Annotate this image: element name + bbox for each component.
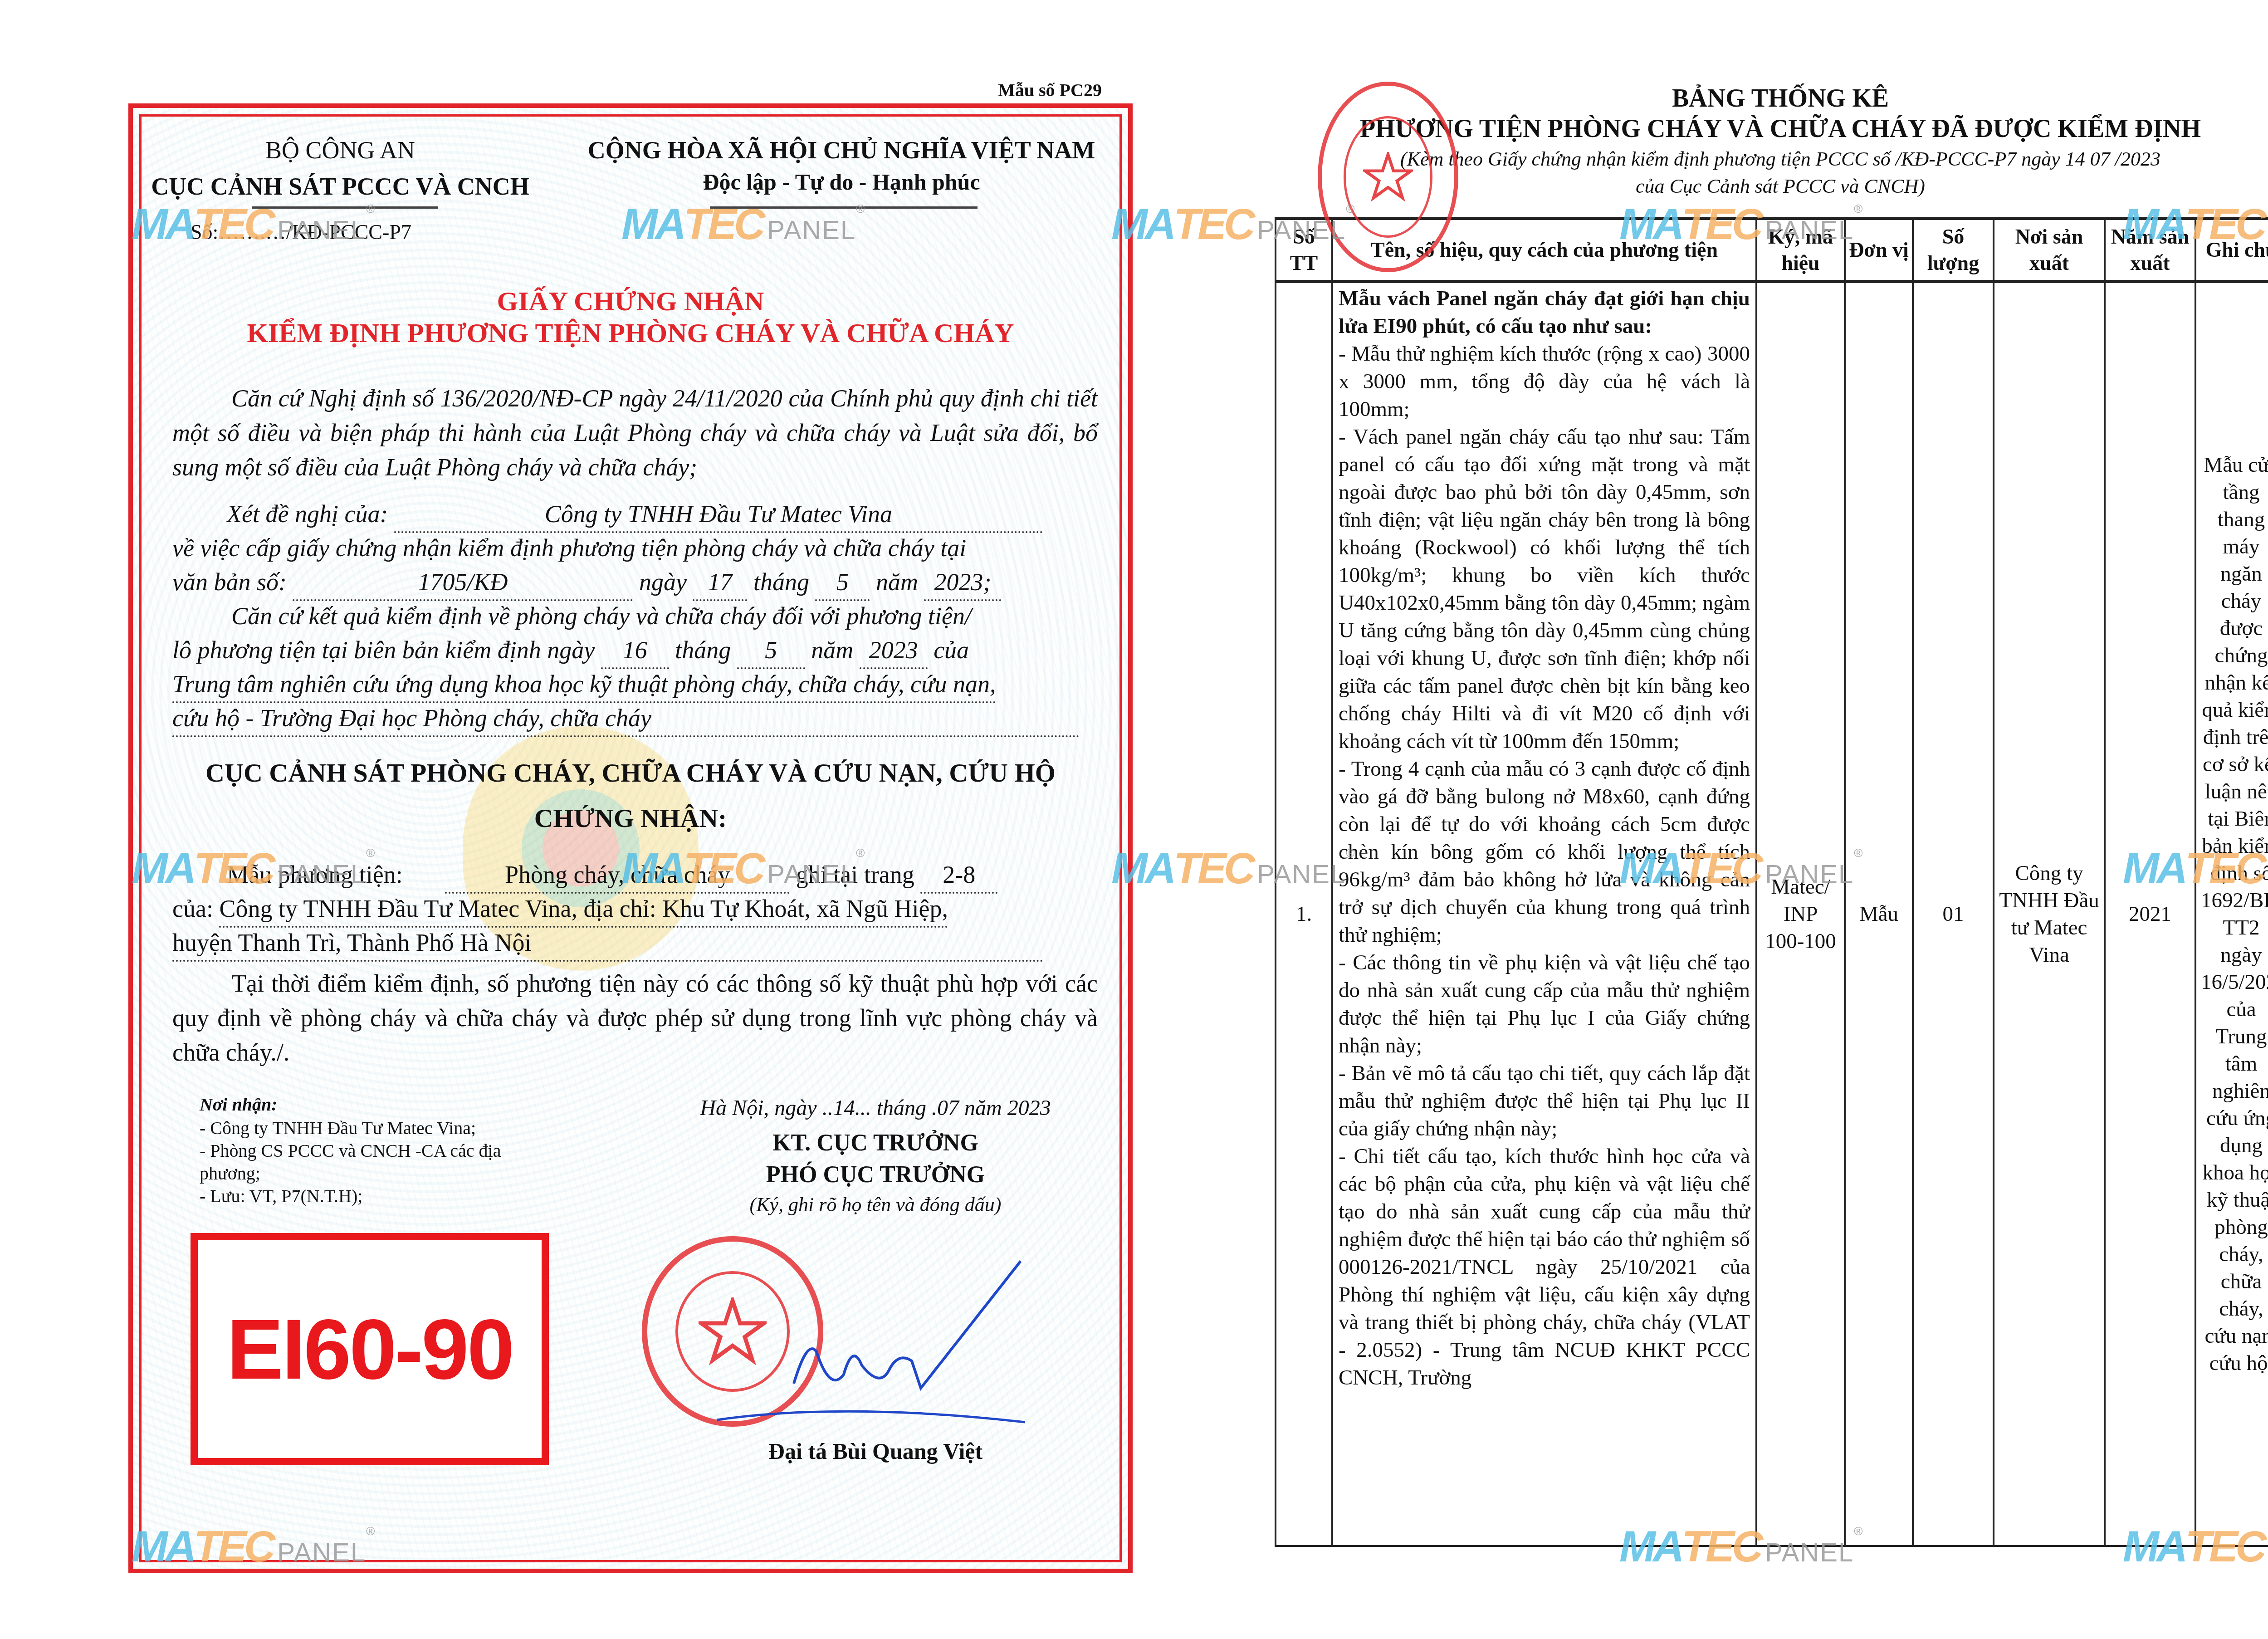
description-item: - Trong 4 cạnh của mẫu có 3 cạnh được cố… bbox=[1339, 755, 1750, 949]
row-number: 1. bbox=[1276, 282, 1332, 1546]
certifies-heading: CHỨNG NHẬN: bbox=[136, 803, 1125, 833]
recipient-item: - Công ty TNHH Đầu Tư Matec Vina; bbox=[200, 1117, 572, 1140]
description-item: - Các thông tin về phụ kiện và vật liệu … bbox=[1339, 949, 1750, 1060]
proposal-company: Công ty TNHH Đầu Tư Matec Vina bbox=[394, 497, 1043, 533]
page-value: 2-8 bbox=[920, 857, 997, 894]
basis-paragraph: Căn cứ Nghị định số 136/2020/NĐ-CP ngày … bbox=[172, 381, 1098, 484]
column-header: Năm sản xuất bbox=[2105, 219, 2195, 282]
row-manufacturer: Công ty TNHH Đầu tư Matec Vina bbox=[1994, 282, 2105, 1546]
result-label: lô phương tiện tại biên bản kiểm định ng… bbox=[172, 636, 595, 664]
result-day: 16 bbox=[601, 633, 669, 669]
description-heading: Mẫu vách Panel ngăn cháy đạt giới hạn ch… bbox=[1339, 285, 1750, 340]
doc-year-label: năm bbox=[876, 568, 918, 596]
inspection-stats-table: Số TT Tên, số hiệu, quy cách của phương … bbox=[1275, 217, 2268, 1547]
proposal-label: Xét đề nghị của: bbox=[227, 500, 388, 528]
fire-rating-badge: EI60-90 bbox=[191, 1233, 549, 1465]
sample-line: Mẫu phương tiện: Phòng cháy, chữa cháy g… bbox=[172, 857, 1098, 894]
result-month-label: tháng bbox=[675, 636, 731, 664]
doc-year: 2023; bbox=[924, 565, 1001, 601]
owner-line-2: huyện Thanh Trì, Thành Phố Hà Nội bbox=[172, 925, 1098, 962]
row-year: 2021 bbox=[2105, 282, 2195, 1546]
doc-value: 1705/KĐ bbox=[293, 565, 633, 601]
result-date-line: lô phương tiện tại biên bản kiểm định ng… bbox=[172, 633, 1098, 669]
column-header: Ký, mã hiệu bbox=[1756, 219, 1845, 282]
place-date: Hà Nội, ngày ..14... tháng .07 năm 2023 bbox=[626, 1096, 1125, 1120]
result-of: của bbox=[934, 636, 969, 664]
certificate-title: GIẤY CHỨNG NHẬN bbox=[136, 286, 1125, 317]
certificate-subtitle: KIỂM ĐỊNH PHƯƠNG TIỆN PHÒNG CHÁY VÀ CHỮA… bbox=[136, 318, 1125, 349]
doc-month: 5 bbox=[815, 565, 870, 601]
proposal-text: về việc cấp giấy chứng nhận kiểm định ph… bbox=[172, 531, 1098, 565]
row-note: Mẫu cửa tầng thang máy ngăn cháy được ch… bbox=[2195, 282, 2268, 1546]
owner-label: của: bbox=[172, 895, 213, 922]
column-header: Số lượng bbox=[1913, 219, 1994, 282]
result-text: Căn cứ kết quả kiểm định về phòng cháy v… bbox=[172, 599, 1098, 633]
description-item: - Bản vẽ mô tả cấu tạo chi tiết, quy các… bbox=[1339, 1060, 1750, 1143]
result-year-label: năm bbox=[811, 636, 853, 664]
authority-name: CỤC CẢNH SÁT PHÒNG CHÁY, CHỮA CHÁY VÀ CỨ… bbox=[136, 758, 1125, 788]
form-number: Mẫu số PC29 bbox=[998, 79, 1102, 101]
recipient-item: - Phòng CS PCCC và CNCH -CA các địa phươ… bbox=[200, 1140, 535, 1185]
country-name: CỘNG HÒA XÃ HỘI CHỦ NGHĨA VIỆT NAM bbox=[558, 136, 1125, 164]
fire-rating-text: EI60-90 bbox=[227, 1300, 513, 1398]
signature-icon bbox=[708, 1252, 1034, 1443]
document-number: Số:…….…/KĐ-PCCC-P7 bbox=[191, 220, 411, 244]
owner-line2: huyện Thanh Trì, Thành Phố Hà Nội bbox=[172, 925, 1043, 962]
row-description: Mẫu vách Panel ngăn cháy đạt giới hạn ch… bbox=[1332, 282, 1756, 1546]
national-motto: Độc lập - Tự do - Hạnh phúc bbox=[558, 169, 1125, 195]
sample-value: Phòng cháy, chữa cháy bbox=[445, 857, 790, 894]
department-underline bbox=[252, 206, 438, 209]
motto-underline bbox=[710, 206, 978, 209]
row-model: Matec/ INP 100-100 bbox=[1756, 282, 1845, 1546]
table-row: 1. Mẫu vách Panel ngăn cháy đạt giới hạn… bbox=[1276, 282, 2268, 1546]
result-year: 2023 bbox=[860, 633, 928, 669]
description-item: - Chi tiết cấu tạo, kích thước hình học … bbox=[1339, 1143, 1750, 1392]
doc-day: 17 bbox=[693, 565, 747, 601]
row-quantity: 01 bbox=[1913, 282, 1994, 1546]
signer-note: (Ký, ghi rõ họ tên và đóng dấu) bbox=[626, 1193, 1125, 1216]
column-header: Đơn vị bbox=[1845, 219, 1913, 282]
inspector-org-line2: cứu hộ - Trường Đại học Phòng cháy, chữa… bbox=[172, 701, 1080, 737]
doc-label: văn bản số: bbox=[172, 568, 287, 596]
signer-title-1: KT. CỤC TRƯỞNG bbox=[626, 1130, 1125, 1156]
table-official-stamp-icon bbox=[1318, 82, 1458, 272]
description-item: - Vách panel ngăn cháy cấu tạo như sau: … bbox=[1339, 423, 1750, 755]
conclusion-paragraph: Tại thời điểm kiểm định, số phương tiện … bbox=[172, 966, 1098, 1070]
row-unit: Mẫu bbox=[1845, 282, 1913, 1546]
ministry-name: BỘ CÔNG AN bbox=[136, 136, 544, 164]
inspector-org-line1: Trung tâm nghiên cứu ứng dụng khoa học k… bbox=[172, 667, 996, 703]
department-name: CỤC CẢNH SÁT PCCC VÀ CNCH bbox=[136, 172, 544, 201]
recipient-item: - Lưu: VT, P7(N.T.H); bbox=[200, 1185, 572, 1208]
description-item: - Mẫu thử nghiệm kích thước (rộng x cao)… bbox=[1339, 340, 1750, 423]
doc-day-label: ngày bbox=[639, 568, 687, 596]
table-stamp-star-icon bbox=[1344, 116, 1433, 237]
reference-document-line: văn bản số: 1705/KĐ ngày 17 tháng 5 năm … bbox=[172, 565, 1098, 601]
recipients-label: Nơi nhận: bbox=[200, 1093, 572, 1116]
owner-line: của: Công ty TNHH Đầu Tư Matec Vina, địa… bbox=[172, 891, 1098, 928]
proposal-line: Xét đề nghị của: Công ty TNHH Đầu Tư Mat… bbox=[172, 497, 1098, 533]
result-month: 5 bbox=[737, 633, 805, 669]
owner-line1: Công ty TNHH Đầu Tư Matec Vina, địa chỉ:… bbox=[219, 891, 948, 928]
page-label: ghi tại trang bbox=[796, 861, 914, 888]
inspector-org: Trung tâm nghiên cứu ứng dụng khoa học k… bbox=[172, 667, 1098, 703]
column-header: Nơi sản xuất bbox=[1994, 219, 2105, 282]
sample-label: Mẫu phương tiện: bbox=[227, 861, 403, 888]
signer-title-2: PHÓ CỤC TRƯỞNG bbox=[626, 1161, 1125, 1188]
inspector-org-2: cứu hộ - Trường Đại học Phòng cháy, chữa… bbox=[172, 701, 1098, 737]
column-header: Ghi chú bbox=[2195, 219, 2268, 282]
column-header: Số TT bbox=[1276, 219, 1332, 282]
signer-name: Đại tá Bùi Quang Việt bbox=[626, 1438, 1125, 1464]
doc-month-label: tháng bbox=[753, 568, 809, 596]
